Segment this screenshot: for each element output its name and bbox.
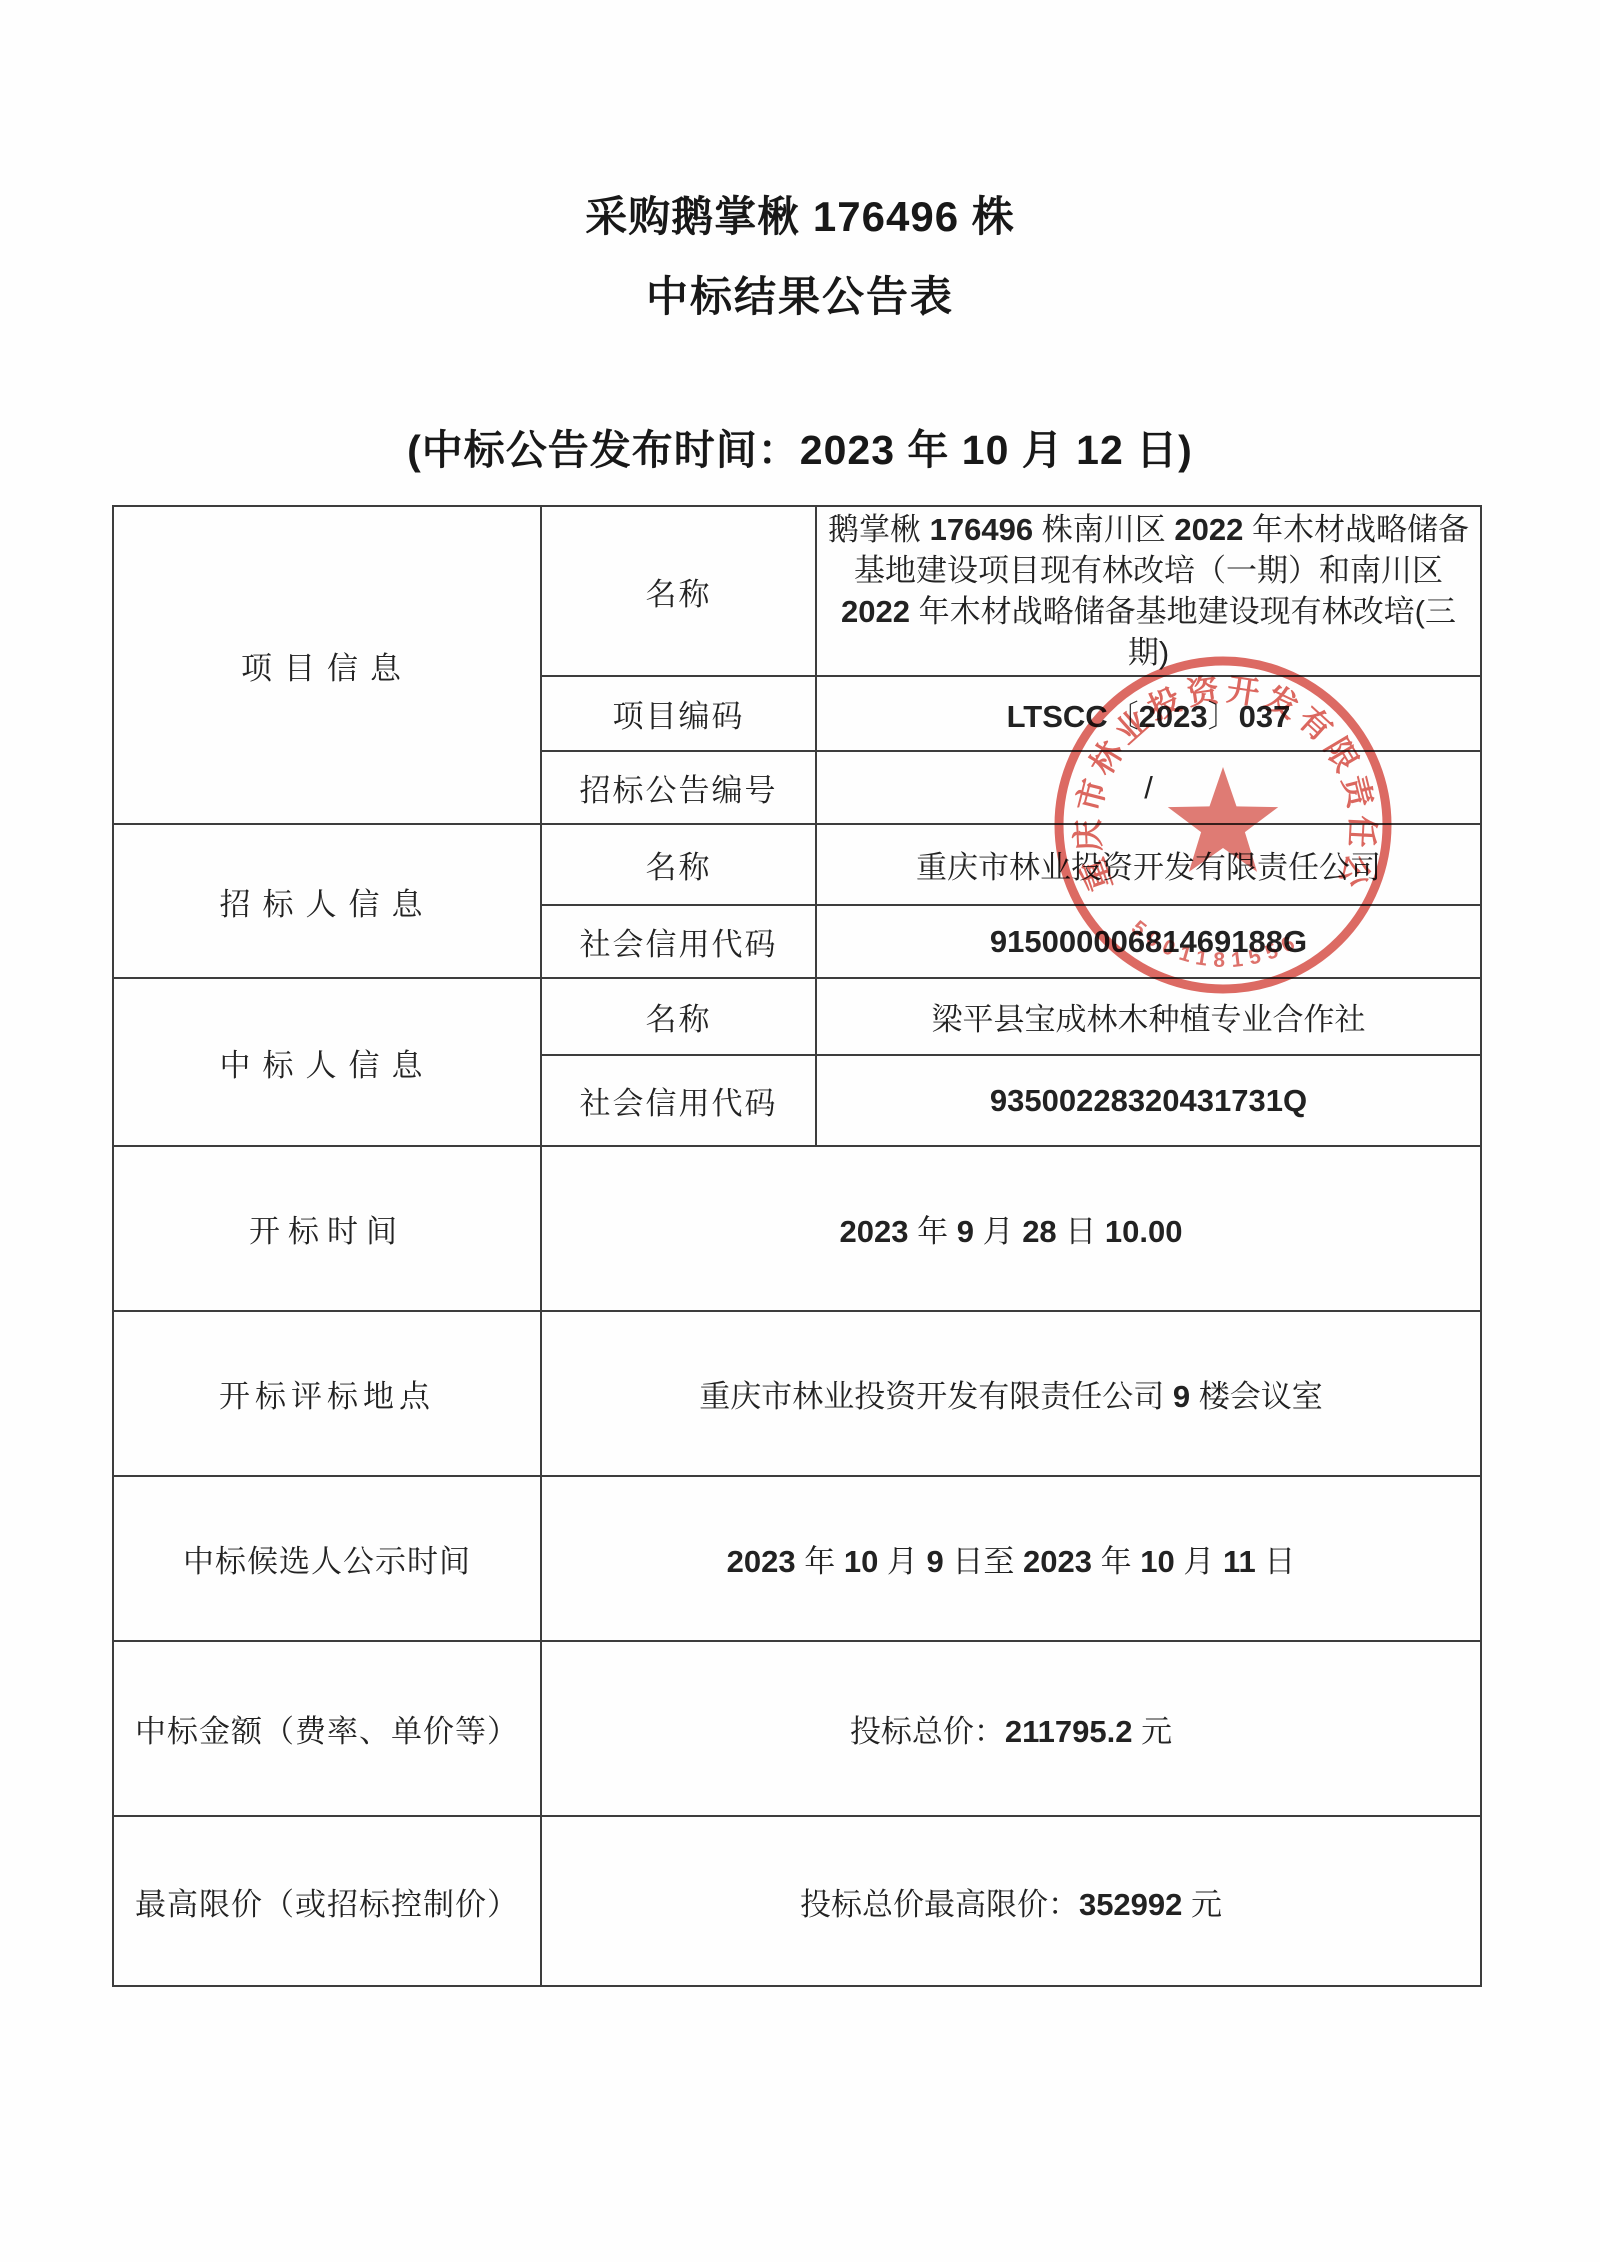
value-project-code: LTSCC〔2023〕037 xyxy=(816,676,1481,751)
document-title-line2: 中标结果公告表 xyxy=(0,264,1600,324)
label-winner-name: 名称 xyxy=(541,978,816,1055)
label-project-code: 项目编码 xyxy=(541,676,816,751)
value-winning-amount: 投标总价：211795.2 元 xyxy=(541,1641,1481,1816)
label-tenderer-name: 名称 xyxy=(541,824,816,905)
table-row: 开标评标地点 重庆市林业投资开发有限责任公司 9 楼会议室 xyxy=(113,1311,1481,1476)
value-tenderer-credit-code: 91500000681469188G xyxy=(816,905,1481,978)
label-tender-notice-number: 招标公告编号 xyxy=(541,751,816,824)
table-row: 最高限价（或招标控制价） 投标总价最高限价：352992 元 xyxy=(113,1816,1481,1986)
table-row: 招标人信息 名称 重庆市林业投资开发有限责任公司 xyxy=(113,824,1481,905)
value-bid-opening-time: 2023 年 9 月 28 日 10.00 xyxy=(541,1146,1481,1311)
value-winner-name: 梁平县宝成林木种植专业合作社 xyxy=(816,978,1481,1055)
label-bid-opening-time: 开标时间 xyxy=(113,1146,541,1311)
label-project-name: 名称 xyxy=(541,506,816,676)
value-maximum-price: 投标总价最高限价：352992 元 xyxy=(541,1816,1481,1986)
bid-result-table: 项目信息 名称 鹅掌楸 176496 株南川区 2022 年木材战略储备基地建设… xyxy=(112,505,1482,1987)
section-title-winner-info: 中标人信息 xyxy=(113,978,541,1146)
value-bid-opening-location: 重庆市林业投资开发有限责任公司 9 楼会议室 xyxy=(541,1311,1481,1476)
value-tenderer-name: 重庆市林业投资开发有限责任公司 xyxy=(816,824,1481,905)
value-tender-notice-number: / xyxy=(816,751,1481,824)
value-winner-credit-code: 93500228320431731Q xyxy=(816,1055,1481,1146)
table-row: 中标人信息 名称 梁平县宝成林木种植专业合作社 xyxy=(113,978,1481,1055)
document-title-line1: 采购鹅掌楸 176496 株 xyxy=(0,184,1600,244)
label-maximum-price: 最高限价（或招标控制价） xyxy=(113,1816,541,1986)
value-candidate-publicity-period: 2023 年 10 月 9 日至 2023 年 10 月 11 日 xyxy=(541,1476,1481,1641)
value-project-name: 鹅掌楸 176496 株南川区 2022 年木材战略储备基地建设项目现有林改培（… xyxy=(816,506,1481,676)
label-candidate-publicity-period: 中标候选人公示时间 xyxy=(113,1476,541,1641)
label-winner-credit-code: 社会信用代码 xyxy=(541,1055,816,1146)
label-tenderer-credit-code: 社会信用代码 xyxy=(541,905,816,978)
table-row: 开标时间 2023 年 9 月 28 日 10.00 xyxy=(113,1146,1481,1311)
section-title-tenderer-info: 招标人信息 xyxy=(113,824,541,978)
section-title-project-info: 项目信息 xyxy=(113,506,541,824)
publish-time-line: (中标公告发布时间：2023 年 10 月 12 日) xyxy=(0,417,1600,476)
label-bid-opening-location: 开标评标地点 xyxy=(113,1311,541,1476)
table-row: 中标金额（费率、单价等） 投标总价：211795.2 元 xyxy=(113,1641,1481,1816)
table-row: 中标候选人公示时间 2023 年 10 月 9 日至 2023 年 10 月 1… xyxy=(113,1476,1481,1641)
table-row: 项目信息 名称 鹅掌楸 176496 株南川区 2022 年木材战略储备基地建设… xyxy=(113,506,1481,676)
label-winning-amount: 中标金额（费率、单价等） xyxy=(113,1641,541,1816)
document-page: 采购鹅掌楸 176496 株 中标结果公告表 (中标公告发布时间：2023 年 … xyxy=(0,0,1600,2262)
